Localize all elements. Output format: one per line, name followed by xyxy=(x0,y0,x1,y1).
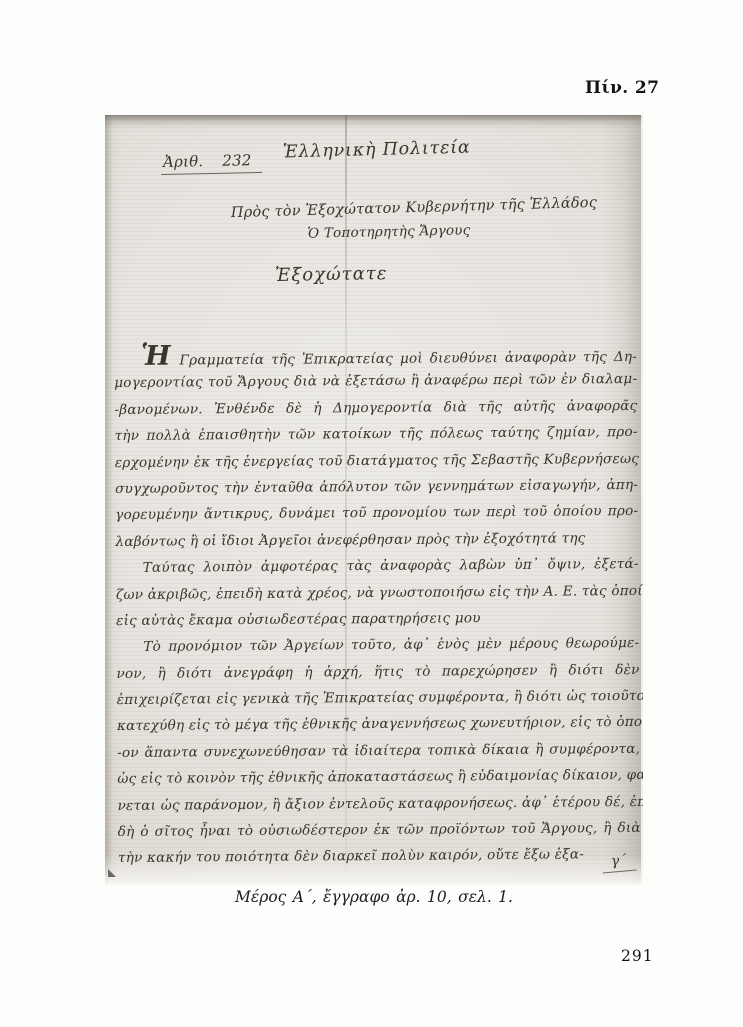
manuscript-line: νεται ὡς παράνομον, ἢ ἄξιον ἐντελοῦς κατ… xyxy=(117,789,640,819)
manuscript-line: γορευμένην ἄντικρυς, δυνάμει τοῦ προνομί… xyxy=(115,498,638,528)
manuscript-line: Ταύτας λοιπὸν ἀμφοτέρας τὰς ἀναφορὰς λαβ… xyxy=(116,551,639,581)
manuscript-line: τὴν πολλὰ ἐπαισθητὴν τῶν κατοίκων τῆς πό… xyxy=(115,419,638,449)
manuscript-scan-photo: Ἀριθ. 232 Ἑλληνικὴ Πολιτεία Πρὸς τὸν Ἐξο… xyxy=(105,115,643,885)
manuscript-line: Ἡ Γραμματεία τῆς Ἐπικρατείας μοὶ διευθύν… xyxy=(114,340,637,370)
manuscript-line: νον, ἢ διότι ἀνεγράφη ἡ ἀρχή, ἥτις τὸ πα… xyxy=(116,657,639,687)
manuscript-line: κατεχύθη εἰς τὸ μέγα τῆς ἐθνικῆς ἀναγενν… xyxy=(117,709,640,739)
manuscript-body: Ἡ Γραμματεία τῆς Ἐπικρατείας μοὶ διευθύν… xyxy=(114,340,641,872)
manuscript-line: συγχωροῦντος τὴν ἐνταῦθα ἀπόλυτον τῶν γε… xyxy=(115,472,638,502)
manuscript-line: ζων ἀκριβῶς, ἐπειδὴ κατὰ χρέος, νὰ γνωστ… xyxy=(116,577,639,607)
manuscript-doc-number: Ἀριθ. 232 xyxy=(161,151,262,175)
manuscript-salutation: Ἐξοχώτατε xyxy=(275,263,388,286)
manuscript-line: Τὸ προνόμιον τῶν Ἀργείων τοῦτο, ἀφ᾽ ἑνὸς… xyxy=(116,630,639,660)
plate-label: Πίν. 27 xyxy=(585,78,659,98)
scan-left-edge-shadow xyxy=(105,115,113,885)
figure-caption: Μέρος Α΄, ἔγγραφο ἀρ. 10, σελ. 1. xyxy=(105,888,643,906)
manuscript-line: εἰς αὐτὰς ἔκαμα οὐσιωδεστέρας παρατηρήσε… xyxy=(116,604,639,634)
manuscript-line: μογεροντίας τοῦ Ἄργους διὰ νὰ ἐξετάσω ἢ … xyxy=(114,366,637,396)
manuscript-line: λαβόντως ἢ οἱ ἴδιοι Ἀργεῖοι ἀνεφέρθησαν … xyxy=(115,525,638,555)
scan-top-edge-shadow xyxy=(105,115,643,128)
manuscript-line: τὴν κακήν του ποιότητα δὲν διαρκεῖ πολὺν… xyxy=(118,841,641,871)
manuscript-catchword: γ΄ xyxy=(601,852,637,874)
manuscript-line: ερχομένην ἐκ τῆς ἐνεργείας τοῦ διατάγματ… xyxy=(115,446,638,476)
manuscript-line: -βανομένων. Ἐνθένδε δὲ ἡ Δημογεροντία δι… xyxy=(114,393,637,423)
manuscript-line: ὡς εἰς τὸ κοινὸν τῆς ἐθνικῆς ἀποκαταστάσ… xyxy=(117,762,640,792)
page-number: 291 xyxy=(621,947,654,965)
manuscript-line: ἐπιχειρίζεται εἰς γενικὰ τῆς Ἐπικρατείας… xyxy=(117,683,640,713)
manuscript-line: δὴ ὁ σῖτος ἦναι τὸ οὐσιωδέστερον ἐκ τῶν … xyxy=(118,815,641,845)
manuscript-line: -ον ἅπαντα συνεχωνεύθησαν τὰ ἰδιαίτερα τ… xyxy=(117,736,640,766)
